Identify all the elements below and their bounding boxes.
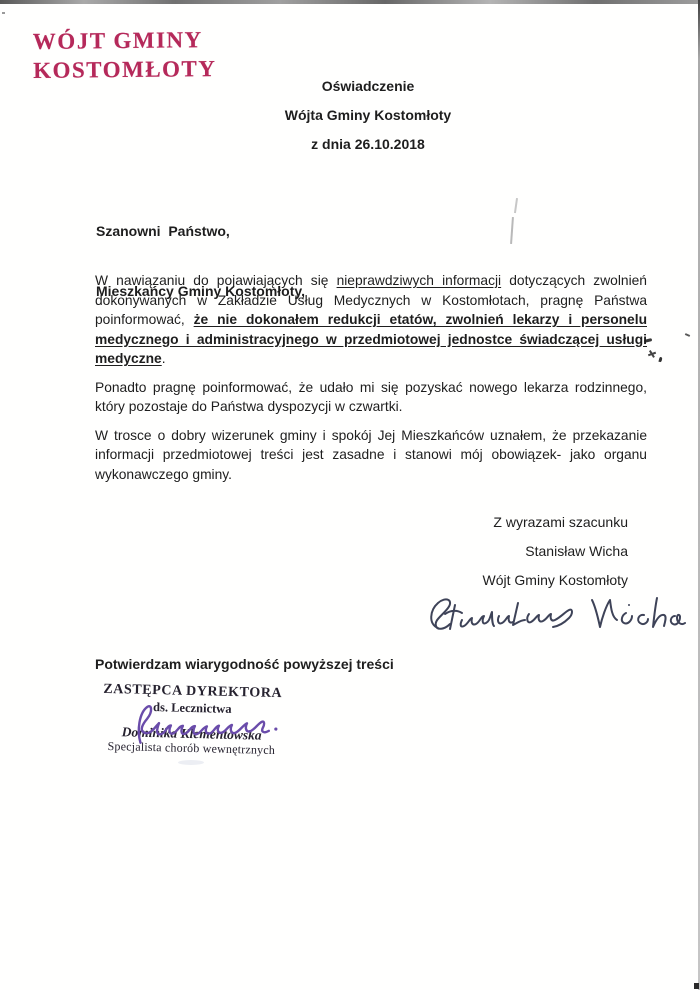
salutation-line-1: Szanowni Państwo,	[96, 224, 305, 238]
ink-speck	[658, 357, 662, 362]
handwritten-signature-mayor	[424, 590, 686, 642]
scan-edge-top	[0, 0, 700, 4]
handwritten-signature-doctor	[130, 701, 279, 751]
deputy-director-stamp: ZASTĘPCA DYREKTORA ds. Lecznictwa Domini…	[92, 680, 292, 765]
title-line-3: z dnia 26.10.2018	[36, 137, 700, 152]
paragraph-2: Ponadto pragnę poinformować, że udało mi…	[95, 378, 647, 417]
ink-speck	[685, 333, 690, 337]
signer-role: Wójt Gminy Kostomłoty	[483, 572, 628, 588]
paragraph-1: W nawiązaniu do pojawiających się niepra…	[95, 271, 647, 369]
closing-salute: Z wyrazami szacunku	[483, 514, 628, 530]
confirmation-statement: Potwierdzam wiarygodność powyższej treśc…	[95, 656, 394, 672]
title-line-2: Wójta Gminy Kostomłoty	[36, 108, 700, 123]
ink-speck	[648, 352, 656, 356]
paragraph-3: W trosce o dobry wizerunek gminy i spokó…	[95, 426, 647, 485]
scan-speck	[2, 12, 5, 14]
scanned-letter-page: WÓJT GMINY KOSTOMŁOTY Oświadczenie Wójta…	[0, 0, 700, 990]
closing-block: Z wyrazami szacunku Stanisław Wicha Wójt…	[483, 514, 628, 601]
pen-mark	[510, 217, 513, 244]
pen-mark	[514, 198, 518, 213]
signer-name: Stanisław Wicha	[483, 543, 628, 559]
title-line-1: Oświadczenie	[36, 79, 700, 94]
p1-text: .	[162, 351, 166, 366]
p1-underlined-text: nieprawdziwych informacji	[337, 273, 502, 288]
scan-corner-mark	[694, 983, 699, 989]
letter-body: W nawiązaniu do pojawiających się niepra…	[95, 271, 647, 493]
letterhead-line-1: WÓJT GMINY	[33, 25, 217, 56]
p1-text: W nawiązaniu do pojawiających się	[95, 273, 337, 288]
letter-title-block: Oświadczenie Wójta Gminy Kostomłoty z dn…	[36, 79, 700, 166]
office-letterhead-stamp: WÓJT GMINY KOSTOMŁOTY	[33, 25, 217, 85]
